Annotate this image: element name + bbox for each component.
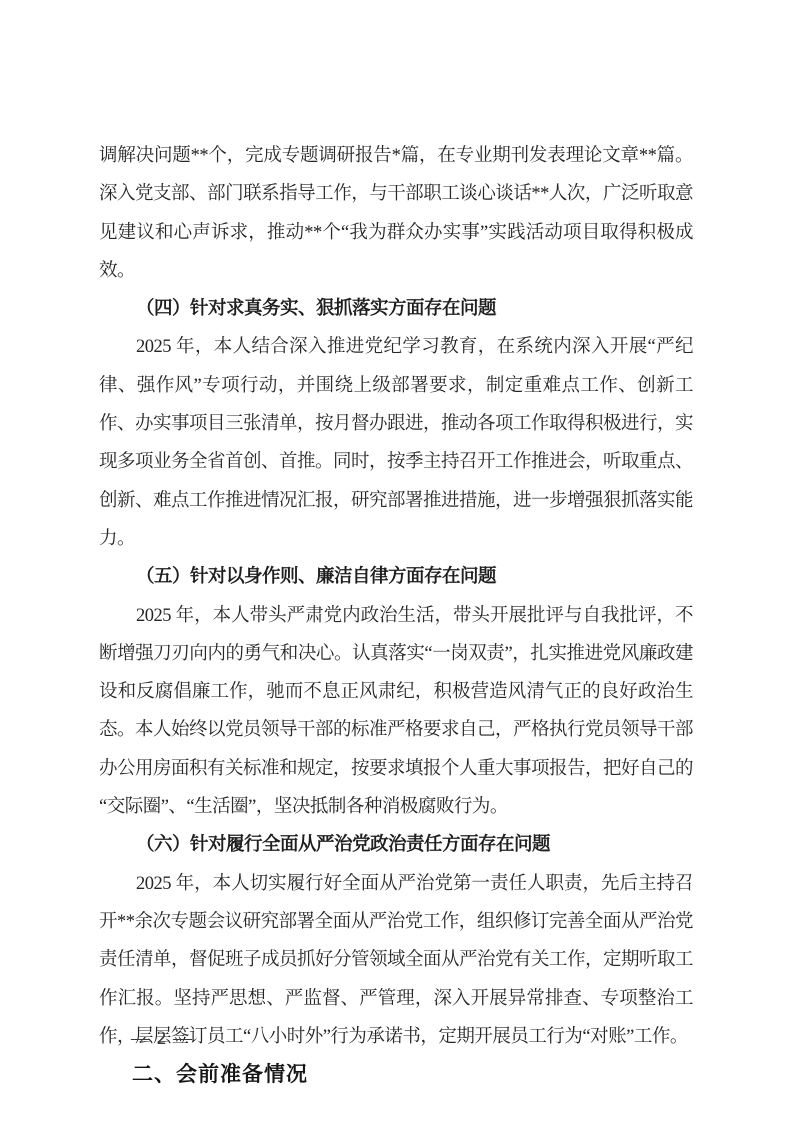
section-heading-six: （六）针对履行全面从严治党政治责任方面存在问题 [99,826,693,864]
paragraph-section-five: 2025 年，本人带头严肃党内政治生活，带头开展批评与自我批评，不断增强刀刃向内… [99,597,693,827]
section-heading-five: （五）针对以身作则、廉洁自律方面存在问题 [99,558,693,596]
paragraph-continuation: 调解决问题**个，完成专题调研报告*篇，在专业期刊发表理论文章**篇。深入党支部… [99,137,693,290]
document-page: 调解决问题**个，完成专题调研报告*篇，在专业期刊发表理论文章**篇。深入党支部… [0,0,793,1122]
chapter-heading-two: 二、会前准备情况 [99,1056,693,1094]
paragraph-section-four: 2025 年，本人结合深入推进党纪学习教育，在系统内深入开展“严纪律、强作风”专… [99,328,693,558]
section-heading-four: （四）针对求真务实、狠抓落实方面存在问题 [99,290,693,328]
page-body: 调解决问题**个，完成专题调研报告*篇，在专业期刊发表理论文章**篇。深入党支部… [99,137,693,1094]
page-number: — 2 — [131,1028,193,1050]
